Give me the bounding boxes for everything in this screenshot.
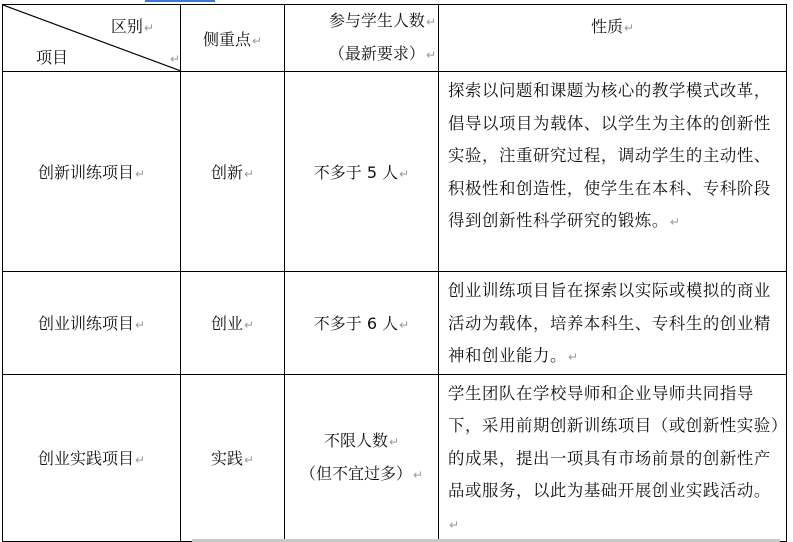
header-row: 区别↵ 项目 ↵ 侧重点↵ 参与学生人数↵ （最新要求）↵ 性质↵ [3, 5, 787, 72]
table-row: 创业训练项目↵ 创业↵ 不多于 6 人↵ 创业训练项目旨在探索以实际或模拟的商业… [3, 272, 787, 375]
paragraph-mark-icon: ↵ [244, 453, 254, 467]
project-name: 创新训练项目 [38, 163, 134, 182]
people-value: 不限人数 [324, 431, 388, 450]
nature-cell[interactable]: 创业训练项目旨在探索以实际或模拟的商业活动为载体，培养本科生、专科生的创业精神和… [439, 272, 787, 375]
paragraph-mark-icon: ↵ [244, 167, 254, 181]
people-cell[interactable]: 不多于 6 人↵ [285, 272, 439, 375]
header-project-label: 项目 [36, 45, 68, 68]
nature-text: 创业训练项目旨在探索以实际或模拟的商业活动为载体，培养本科生、专科生的创业精神和… [448, 281, 771, 365]
table-row: 创新训练项目↵ 创新↵ 不多于 5 人↵ 探索以问题和课题为核心的教学模式改革，… [3, 72, 787, 272]
project-cell[interactable]: 创新训练项目↵ [3, 72, 181, 272]
paragraph-mark-icon: ↵ [170, 52, 180, 66]
selection-highlight-mark [145, 0, 215, 2]
paragraph-mark-icon: ↵ [624, 21, 634, 35]
focus-value: 实践 [211, 449, 243, 468]
people-value: 不多于 6 人 [314, 314, 398, 333]
people-value: 不多于 5 人 [314, 163, 398, 182]
project-cell[interactable]: 创业训练项目↵ [3, 272, 181, 375]
table-row: 创业实践项目↵ 实践↵ 不限人数↵ （但不宜过多）↵ 学生团队在学校导师和企业导… [3, 374, 787, 542]
paragraph-mark-icon: ↵ [413, 468, 423, 482]
nature-cell[interactable]: 探索以问题和课题为核心的教学模式改革，倡导以项目为载体、以学生为主体的创新性实验… [439, 72, 787, 272]
focus-value: 创业 [211, 314, 243, 333]
nature-text: 学生团队在学校导师和企业导师共同指导下，采用前期创新训练项目（或创新性实验）的成… [448, 384, 780, 501]
paragraph-mark-icon: ↵ [670, 215, 681, 229]
paragraph-mark-icon: ↵ [135, 167, 145, 181]
focus-cell[interactable]: 实践↵ [181, 374, 285, 542]
project-name: 创业训练项目 [38, 314, 134, 333]
paragraph-mark-icon: ↵ [426, 48, 436, 62]
focus-cell[interactable]: 创业↵ [181, 272, 285, 375]
paragraph-mark-icon: ↵ [135, 318, 145, 332]
header-nature-label: 性质 [591, 17, 623, 36]
paragraph-mark-icon: ↵ [568, 350, 579, 364]
focus-cell[interactable]: 创新↵ [181, 72, 285, 272]
paragraph-mark-icon: ↵ [399, 167, 409, 181]
paragraph-mark-icon: ↵ [399, 318, 409, 332]
people-note: （但不宜过多） [300, 464, 412, 483]
paragraph-mark-icon: ↵ [449, 518, 460, 532]
header-category-label: 区别↵ [111, 14, 154, 37]
diagonal-header-cell[interactable]: 区别↵ 项目 ↵ [3, 5, 181, 72]
project-cell[interactable]: 创业实践项目↵ [3, 374, 181, 542]
diagonal-line [3, 5, 181, 71]
nature-cell[interactable]: 学生团队在学校导师和企业导师共同指导下，采用前期创新训练项目（或创新性实验）的成… [439, 374, 787, 542]
header-nature-cell[interactable]: 性质↵ [439, 5, 787, 72]
header-focus-cell[interactable]: 侧重点↵ [181, 5, 285, 72]
header-people-cell[interactable]: 参与学生人数↵ （最新要求）↵ [285, 5, 439, 72]
header-people-sublabel: （最新要求） [329, 44, 425, 63]
header-focus-label: 侧重点 [203, 30, 251, 49]
paragraph-mark-icon: ↵ [389, 435, 399, 449]
nature-text: 探索以问题和课题为核心的教学模式改革，倡导以项目为载体、以学生为主体的创新性实验… [448, 81, 771, 230]
paragraph-mark-icon: ↵ [244, 318, 254, 332]
paragraph-mark-icon: ↵ [426, 15, 436, 29]
paragraph-mark-icon: ↵ [252, 34, 262, 48]
focus-value: 创新 [211, 163, 243, 182]
people-cell[interactable]: 不多于 5 人↵ [285, 72, 439, 272]
project-name: 创业实践项目 [38, 449, 134, 468]
header-people-label: 参与学生人数 [329, 11, 425, 30]
people-cell[interactable]: 不限人数↵ （但不宜过多）↵ [285, 374, 439, 542]
paragraph-mark-icon: ↵ [144, 21, 154, 35]
project-comparison-table: 区别↵ 项目 ↵ 侧重点↵ 参与学生人数↵ （最新要求）↵ 性质↵ 创新训练项目… [2, 4, 787, 542]
paragraph-mark-icon: ↵ [135, 453, 145, 467]
